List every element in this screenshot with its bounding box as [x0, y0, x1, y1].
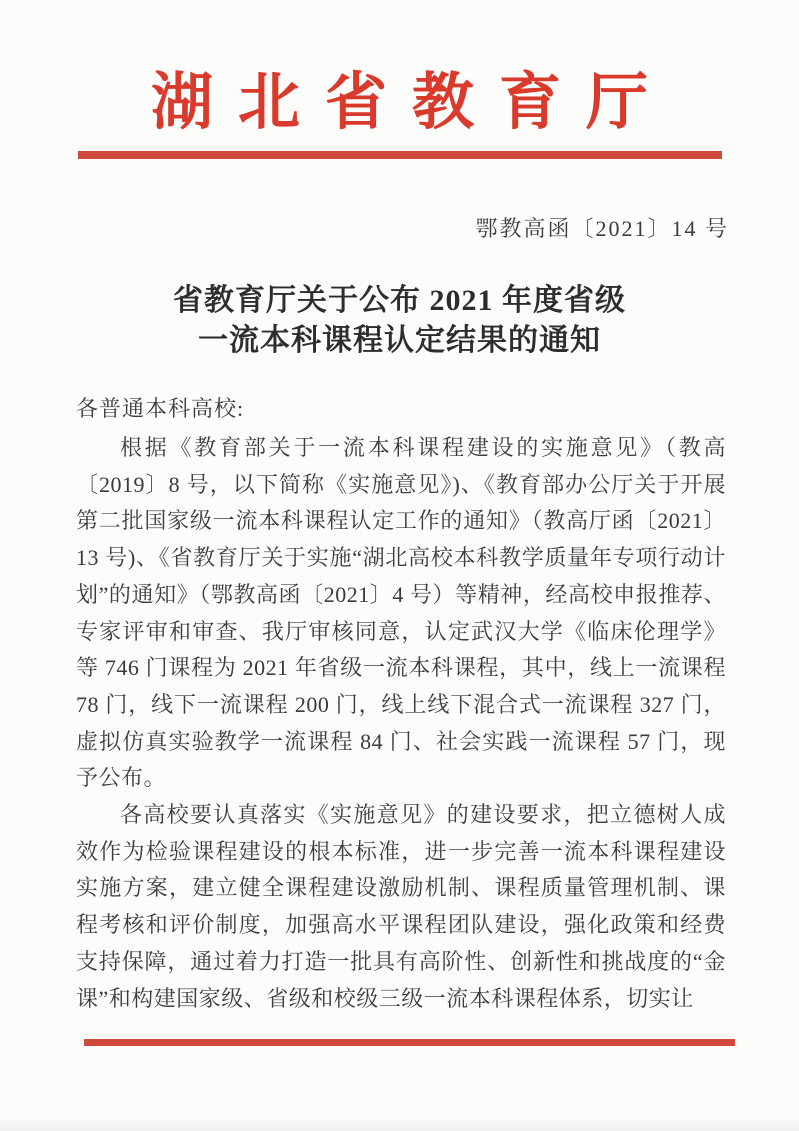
- document-body: 根据《教育部关于一流本科课程建设的实施意见》（教高〔2019〕8 号，以下简称《…: [76, 430, 726, 1017]
- footer-double-red-line: [84, 1039, 735, 1046]
- document-title: 省教育厅关于公布 2021 年度省级 一流本科课程认定结果的通知: [0, 281, 799, 361]
- salutation-line: 各普通本科高校:: [76, 392, 244, 423]
- document-reference-number: 鄂教高函〔2021〕14 号: [475, 212, 729, 243]
- scanned-document-page: 湖北省教育厅 鄂教高函〔2021〕14 号 省教育厅关于公布 2021 年度省级…: [0, 0, 799, 1131]
- body-paragraph-1: 根据《教育部关于一流本科课程建设的实施意见》（教高〔2019〕8 号，以下简称《…: [76, 430, 726, 797]
- body-paragraph-2: 各高校要认真落实《实施意见》的建设要求，把立德树人成效作为检验课程建设的根本标准…: [76, 797, 726, 1017]
- header-double-red-line: [78, 151, 722, 159]
- agency-header-title: 湖北省教育厅: [0, 70, 799, 136]
- document-title-line-1: 省教育厅关于公布 2021 年度省级: [173, 284, 626, 317]
- document-title-line-2: 一流本科课程认定结果的通知: [198, 324, 601, 357]
